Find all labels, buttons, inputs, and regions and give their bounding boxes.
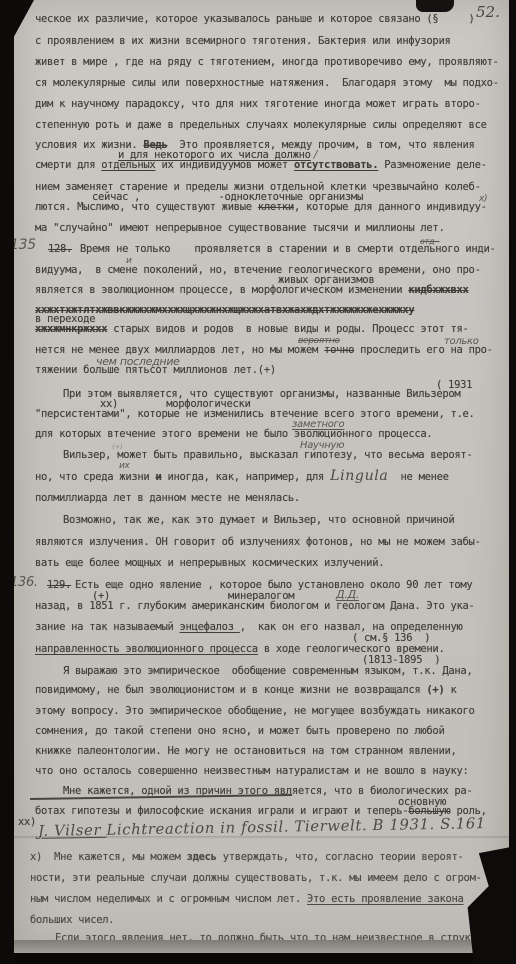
- typed-line: является в эволюционном процессе, в морф…: [35, 285, 469, 296]
- paper-crease: [14, 836, 510, 839]
- typed-line: смерти для отдельных их индивидуумов мож…: [35, 160, 487, 171]
- typed-line: повидимому, не был эволюционистом и в ко…: [35, 685, 457, 696]
- typed-line: что оно осталось совершенно неизвестным …: [35, 766, 469, 777]
- struck-paragraph-number: 128.: [48, 244, 72, 255]
- typed-line: с проявлением в их жизни всемирного тяго…: [35, 36, 451, 47]
- typed-line: для которых втечение этого времени не бы…: [35, 429, 432, 440]
- typed-line: живет в мире , где на ряду с тяготением,…: [35, 57, 499, 68]
- typed-line: Я выражаю это эмпирическое обобщение сов…: [63, 666, 472, 677]
- clip-shadow: [416, 0, 454, 12]
- typed-line: степенную роть и даже в предельных случа…: [35, 120, 487, 131]
- typed-line: ма "случайно" имеют непрерывное существо…: [35, 223, 444, 234]
- handwritten-citation: J. Vilser Lichtreaction in fossil. Tierw…: [38, 818, 486, 838]
- footnote-marker: хх): [18, 817, 36, 828]
- page-marginal-number-136: 136.: [10, 577, 38, 588]
- scanned-document-page: 52. ческое их различие, которое указывал…: [0, 0, 516, 964]
- typed-line: видуума, в смене поколений, но, втечение…: [35, 265, 481, 276]
- scan-edge-notch: [0, 232, 13, 266]
- struck-paragraph-number: 129.: [47, 580, 71, 591]
- typed-line: Вильзер, может быть правильно, высказал …: [63, 450, 472, 461]
- typed-line: являются излучения. ОН говорит об излуче…: [35, 537, 481, 548]
- text-layer: ческое их различие, которое указывалось …: [0, 0, 516, 964]
- footnote-line: ности, эти реальные случаи должны сущест…: [30, 873, 482, 884]
- handwritten-footnote-ref: х): [479, 194, 487, 205]
- scan-edge-bottom: [0, 953, 516, 964]
- footnote-line: ным числом неделимых и с огромным числом…: [30, 894, 464, 905]
- typed-line: хжхжмнкржххх старых видов и родов в новы…: [35, 324, 469, 335]
- typed-line: ся молекулярные силы или поверхностные н…: [35, 78, 499, 89]
- typed-line: назад, в 1851 г. глубоким американским б…: [35, 601, 475, 612]
- typed-line: тяжении больше пятьсот миллионов лет.(+): [35, 365, 276, 376]
- typed-line: "персистентами", которые не изменились в…: [35, 409, 475, 420]
- typed-line: этому вопросу. Это эмпирическое обобщени…: [35, 706, 475, 717]
- footnote-line: х) Мне кажется, мы можем здесь утверждат…: [30, 852, 464, 863]
- typed-line: сомнения, до такой степени оно ясно, и м…: [35, 726, 444, 737]
- scan-edge-right: [509, 0, 516, 964]
- typed-line: полмиллиарда лет в данном месте не менял…: [35, 493, 300, 504]
- under-sheet-edge: [0, 940, 516, 953]
- handwritten-insert: Д.Д.: [336, 589, 359, 600]
- typed-line: ческое их различие, которое указывалось …: [35, 14, 475, 25]
- typed-line: лются. Мыслимо, что существуют живые кле…: [35, 202, 487, 213]
- typed-line: вать еще более мощных и непрерывных косм…: [35, 558, 384, 569]
- typed-line: книжке палеонтологии. Не могу не останов…: [35, 746, 457, 757]
- handwritten-struck-note: отд--: [420, 236, 439, 247]
- typed-line: дим к научному парадоксу, что для них тя…: [35, 99, 481, 110]
- typed-line: но, что среда жизни и иногда, как, напри…: [35, 471, 449, 483]
- scan-edge-left: [0, 0, 14, 964]
- typed-line: Возможно, так же, как это думает и Вильз…: [63, 515, 454, 526]
- footnote-line: больших чисел.: [30, 915, 114, 926]
